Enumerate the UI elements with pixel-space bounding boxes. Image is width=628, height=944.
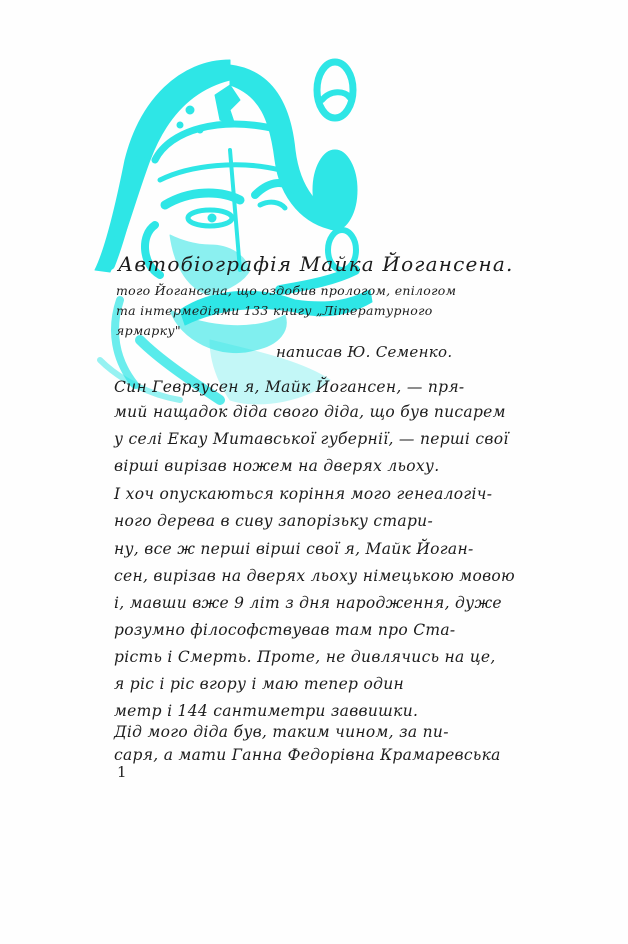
text-line: і, мавши вже 9 літ з дня народження, дуж… [114,594,502,612]
text-line: мий нащадок діда свого діда, що був писа… [114,403,506,421]
text-line: вірші вирізав ножем на дверях льоху. [114,457,439,475]
text-line: ного дерева в сиву запорізьку стари- [114,512,433,530]
text-line: у селі Екау Митавської губернії, — перші… [114,430,509,448]
text-line: я ріс і ріс вгору і маю тепер один [114,675,404,693]
manuscript-title: Автобіографія Майка Йогансена. [118,252,514,276]
page-number: 1 [117,763,127,781]
text-line: розумно філософствував там про Ста- [114,621,455,639]
text-line: ну, все ж перші вірші свої я, Майк Йоган… [114,540,474,558]
text-line: сен, вирізав на дверях льоху німецькою м… [114,567,515,585]
text-line: саря, а мати Ганна Федорівна Крамаревськ… [114,746,501,764]
cossack-portrait-illustration [80,40,420,420]
text-line: Дід мого діда був, таким чином, за пи- [114,723,449,741]
text-line: І хоч опускаються коріння мого генеалогі… [114,485,492,503]
text-line: метр і 144 сантиметри заввишки. [114,702,418,720]
author-signature: написав Ю. Семенко. [276,343,452,361]
manuscript-page: Автобіографія Майка Йогансена. того Йога… [0,0,628,944]
subtitle-line: ярмарку" [116,323,181,338]
text-line: рість і Смерть. Проте, не дивлячись на ц… [114,648,496,666]
text-line: Син Геврзусен я, Майк Йогансен, — пря- [114,378,464,396]
subtitle-line: та інтермедіями 133 книгу „Літературного [116,303,433,318]
subtitle-line: того Йогансена, що оздобив прологом, епі… [116,283,456,298]
